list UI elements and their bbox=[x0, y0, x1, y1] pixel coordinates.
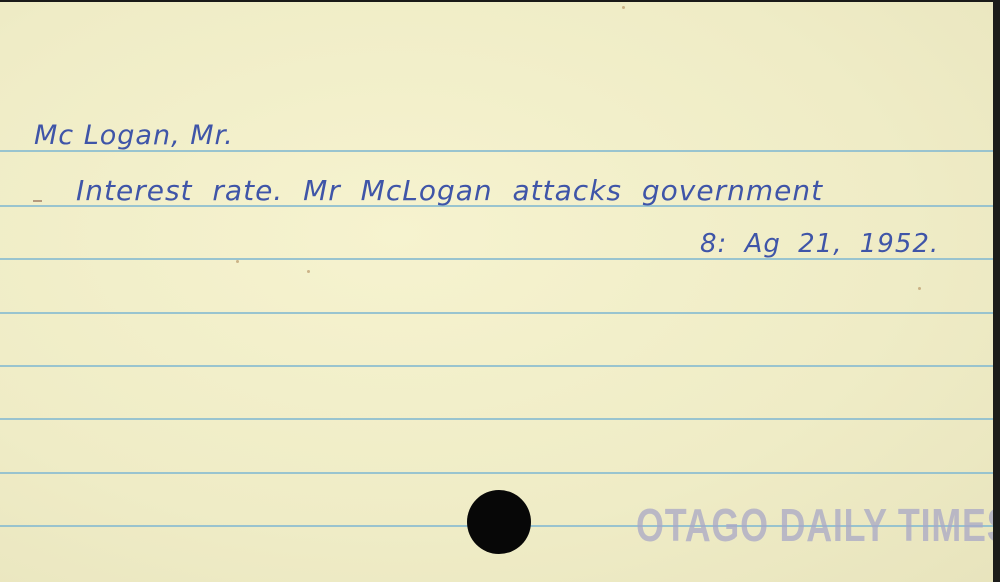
card-heading: Mc Logan, Mr. bbox=[34, 120, 234, 151]
paper-speck bbox=[622, 6, 625, 9]
card-edge bbox=[993, 0, 1000, 582]
paper-speck bbox=[918, 287, 921, 290]
paper-speck bbox=[307, 270, 310, 273]
index-card: Mc Logan, Mr. Interest rate. Mr McLogan … bbox=[0, 2, 993, 582]
ruled-line bbox=[0, 418, 993, 420]
margin-mark bbox=[33, 200, 42, 202]
paper-speck bbox=[236, 260, 239, 263]
newspaper-stamp: OTAGO DAILY TIMES bbox=[636, 498, 993, 552]
punch-hole bbox=[467, 490, 531, 554]
ruled-line bbox=[0, 312, 993, 314]
card-subject: Interest rate. Mr McLogan attacks govern… bbox=[76, 174, 823, 207]
card-citation: 8: Ag 21, 1952. bbox=[700, 229, 939, 259]
ruled-line bbox=[0, 365, 993, 367]
ruled-line bbox=[0, 472, 993, 474]
